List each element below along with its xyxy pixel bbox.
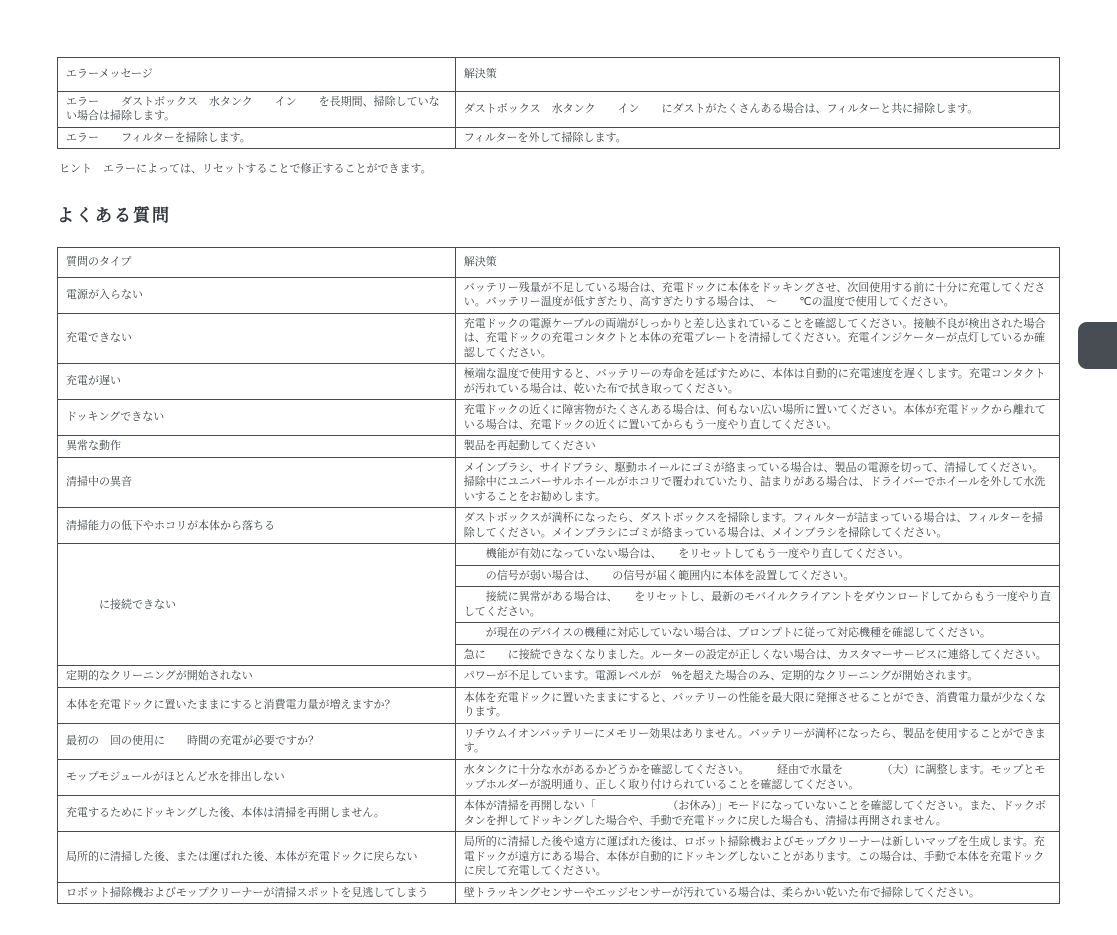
solution-cell: バッテリー残量が不足している場合は、充電ドックに本体をドッキングさせ、次回使用す… [455,277,1059,313]
table-row: エラー ダストボックス 水タンク イン を長期間、掃除していない場合は掃除します… [58,91,1060,127]
question-cell: ドッキングできない [58,400,456,436]
side-tab[interactable] [1078,322,1117,369]
table-row: 異常な動作 製品を再起動してください [58,436,1060,458]
solution-cell: パワーが不足しています。電源レベルが %を超えた場合のみ、定期的なクリーニングが… [455,666,1059,688]
table-row: 電源が入らない バッテリー残量が不足している場合は、充電ドックに本体をドッキング… [58,277,1060,313]
table-row: 局所的に清掃した後、または運ばれた後、本体が充電ドックに戻らない 局所的に清掃し… [58,832,1060,883]
solution-cell: 本体が清掃を再開しない「 （お休み）」モードになっていないことを確認してください… [455,796,1059,832]
question-cell: 本体を充電ドックに置いたままにすると消費電力量が増えますか？ [58,687,456,723]
table-row: ドッキングできない 充電ドックの近くに障害物がたくさんある場合は、何もない広い場… [58,400,1060,436]
question-cell: 電源が入らない [58,277,456,313]
table-row: モップモジュールがほとんど水を排出しない 水タンクに十分な水があるかどうかを確認… [58,759,1060,795]
solution-cell: の信号が弱い場合は、 の信号が届く範囲内に本体を設置してください。 [455,565,1059,587]
solution-cell: 局所的に清掃した後や遠方に運ばれた後は、ロボット掃除機およびモップクリーナーは新… [455,832,1059,883]
solution-cell: 充電ドックの近くに障害物がたくさんある場合は、何もない広い場所に置いてください。… [455,400,1059,436]
question-cell: 清掃能力の低下やホコリが本体から落ちる [58,508,456,544]
table-row: ロボット掃除機およびモップクリーナーが清掃スポットを見逃してしまう 壁トラッキン… [58,882,1060,904]
question-cell: に接続できない [58,544,456,666]
question-cell: モップモジュールがほとんど水を排出しない [58,759,456,795]
solution-cell: ダストボックス 水タンク イン にダストがたくさんある場合は、フィルターと共に掃… [455,91,1059,127]
table-row: 最初の 回の使用に 時間の充電が必要ですか？ リチウムイオンバッテリーにメモリー… [58,723,1060,759]
faq-table: 質問のタイプ 解決策 電源が入らない バッテリー残量が不足している場合は、充電ド… [57,247,1060,904]
table-row: エラー フィルターを掃除します。 フィルターを外して掃除します。 [58,127,1060,149]
solution-cell: フィルターを外して掃除します。 [455,127,1059,149]
table-row: 充電が遅い 極端な温度で使用すると、バッテリーの寿命を延ばすために、本体は自動的… [58,364,1060,400]
solution-cell: 水タンクに十分な水があるかどうかを確認してください。 経由で水量を （大）に調整… [455,759,1059,795]
faq-heading: よくある質問 [57,201,1060,226]
error-message-cell: エラー ダストボックス 水タンク イン を長期間、掃除していない場合は掃除します… [58,91,456,127]
question-cell: 最初の 回の使用に 時間の充電が必要ですか？ [58,723,456,759]
solution-cell: 極端な温度で使用すると、バッテリーの寿命を延ばすために、本体は自動的に充電速度を… [455,364,1059,400]
table-row: 清掃能力の低下やホコリが本体から落ちる ダストボックスが満杯になったら、ダストボ… [58,508,1060,544]
solution-cell: が現在のデバイスの機種に対応していない場合は、プロンプトに従って対応機種を確認し… [455,623,1059,645]
manual-page: エラーメッセージ 解決策 エラー ダストボックス 水タンク イン を長期間、掃除… [57,57,1060,904]
question-cell: 異常な動作 [58,436,456,458]
table-row: 清掃中の異音 メインブラシ、サイドブラシ、駆動ホイールにゴミが絡まっている場合は… [58,457,1060,508]
solution-cell: 機能が有効になっていない場合は、 をリセットしてもう一度やり直してください。 [455,544,1059,566]
table-row: 本体を充電ドックに置いたままにすると消費電力量が増えますか？ 本体を充電ドックに… [58,687,1060,723]
solution-header: 解決策 [455,248,1059,278]
error-message-cell: エラー フィルターを掃除します。 [58,127,456,149]
faq-table-header-row: 質問のタイプ 解決策 [58,248,1060,278]
solution-cell: リチウムイオンバッテリーにメモリー効果はありません。バッテリーが満杯になったら、… [455,723,1059,759]
question-cell: 充電できない [58,313,456,364]
error-table-header-row: エラーメッセージ 解決策 [58,58,1060,92]
solution-cell: 接続に異常がある場合は、 をリセットし、最新のモバイルクライアントをダウンロード… [455,587,1059,623]
table-row: 定期的なクリーニングが開始されない パワーが不足しています。電源レベルが %を超… [58,666,1060,688]
solution-cell: メインブラシ、サイドブラシ、駆動ホイールにゴミが絡まっている場合は、製品の電源を… [455,457,1059,508]
question-type-header: 質問のタイプ [58,248,456,278]
solution-cell: 製品を再起動してください [455,436,1059,458]
question-cell: 充電するためにドッキングした後、本体は清掃を再開しません。 [58,796,456,832]
solution-cell: ダストボックスが満杯になったら、ダストボックスを掃除します。フィルターが詰まって… [455,508,1059,544]
solution-cell: 急に に接続できなくなりました。ルーターの設定が正しくない場合は、カスタマーサー… [455,644,1059,666]
question-cell: 充電が遅い [58,364,456,400]
error-table: エラーメッセージ 解決策 エラー ダストボックス 水タンク イン を長期間、掃除… [57,57,1060,149]
question-cell: ロボット掃除機およびモップクリーナーが清掃スポットを見逃してしまう [58,882,456,904]
table-row: 充電するためにドッキングした後、本体は清掃を再開しません。 本体が清掃を再開しな… [58,796,1060,832]
question-cell: 局所的に清掃した後、または運ばれた後、本体が充電ドックに戻らない [58,832,456,883]
solution-header: 解決策 [455,58,1059,92]
table-row: に接続できない 機能が有効になっていない場合は、 をリセットしてもう一度やり直し… [58,544,1060,566]
question-cell: 定期的なクリーニングが開始されない [58,666,456,688]
solution-cell: 充電ドックの電源ケーブルの両端がしっかりと差し込まれていることを確認してください… [455,313,1059,364]
table-row: 充電できない 充電ドックの電源ケーブルの両端がしっかりと差し込まれていることを確… [58,313,1060,364]
error-message-header: エラーメッセージ [58,58,456,92]
hint-text: ヒント エラーによっては、リセットすることで修正することができます。 [59,160,1060,176]
solution-cell: 本体を充電ドックに置いたままにすると、バッテリーの性能を最大限に発揮させることが… [455,687,1059,723]
solution-cell: 壁トラッキングセンサーやエッジセンサーが汚れている場合は、柔らかい乾いた布で掃除… [455,882,1059,904]
question-cell: 清掃中の異音 [58,457,456,508]
